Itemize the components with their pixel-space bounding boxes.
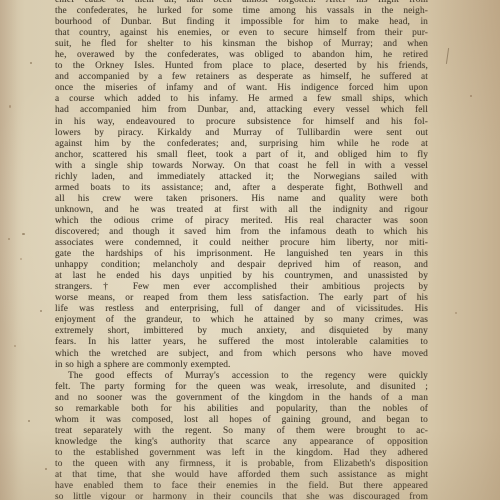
foxing-spot: [455, 312, 457, 314]
text-line: worse means, or reaped from them less sa…: [55, 293, 428, 304]
crease-mark: [446, 48, 449, 64]
text-line: which the wretched are subject, and from…: [55, 349, 428, 360]
text-line: so little vigour or harmony in their cou…: [55, 492, 428, 500]
text-line: have enabled them to face their enemies …: [55, 481, 428, 492]
foxing-spot: [30, 62, 32, 64]
text-line: all his crew were taken prisoners. His n…: [55, 194, 428, 205]
text-line: knowledge the king's authority that scar…: [55, 437, 428, 448]
text-line: fears. In his latter years, he suffered …: [55, 337, 428, 348]
text-line: at last he ended his days unpitied by hi…: [55, 271, 428, 282]
page-edge-shadow-left: [0, 0, 18, 500]
text-line: once the miseries of infamy and of want.…: [55, 83, 428, 94]
text-line: in his way, endeavoured to procure subsi…: [55, 117, 428, 128]
text-line: unknown, and he was treated at first wit…: [55, 205, 428, 216]
text-line: a course which added to his infamy. He a…: [55, 94, 428, 105]
foxing-spot: [20, 258, 22, 260]
text-line: to the Orkney Isles. Hunted from place t…: [55, 61, 428, 72]
foxing-spot: [40, 310, 42, 312]
text-line: and no sooner was the government of the …: [55, 393, 428, 404]
text-line: strangers.† Few men ever accomplished th…: [55, 282, 428, 293]
text-line: lowers by piracy. Kirkaldy and Murray of…: [55, 128, 428, 139]
text-line: to the queen with any firmness, it is pr…: [55, 459, 428, 470]
text-line: had accompanied him from Dunbar, and, at…: [55, 105, 428, 116]
text-line: with a single ship towards Norway. On th…: [55, 161, 428, 172]
text-line: that country, against his enemies, or ev…: [55, 28, 428, 39]
text-line: to the established government was left i…: [55, 448, 428, 459]
foxing-spot: [8, 238, 10, 240]
text-line: against him by the confederates; and, su…: [55, 139, 428, 150]
text-line: unhappy condition; melancholy and despai…: [55, 260, 428, 271]
text-line: so remarkable both for his abilities and…: [55, 404, 428, 415]
book-page: chief cause of them all, hath been almos…: [0, 0, 500, 500]
text-line: anchor, scattered his small fleet, took …: [55, 150, 428, 161]
foxing-spot: [14, 345, 16, 347]
text-line: and accompanied by a few retainers as de…: [55, 72, 428, 83]
text-line: enjoyment of the grandeur, to which he a…: [55, 315, 428, 326]
text-line: richly laden, and immediately attacked i…: [55, 172, 428, 183]
text-line: associates were condemned, it could neit…: [55, 238, 428, 249]
text-line: gate the hardships of his imprisonment. …: [55, 249, 428, 260]
foxing-spot: [22, 233, 25, 235]
text-line: whom it was composed, lost all hopes of …: [55, 415, 428, 426]
text-line: suit, he fled for shelter to his kinsman…: [55, 39, 428, 50]
text-line: life was restless and enterprising, full…: [55, 304, 428, 315]
foxing-spot: [9, 105, 11, 108]
text-block: chief cause of them all, hath been almos…: [55, 0, 428, 500]
text-line: bourhood of Dunbar. But finding it impos…: [55, 17, 428, 28]
text-line: at that time, that she would have afford…: [55, 470, 428, 481]
text-line: he, overawed by the confederates, was ob…: [55, 50, 428, 61]
text-line: discovered; and though it saved him from…: [55, 227, 428, 238]
text-line: treat separately with the regent. So man…: [55, 426, 428, 437]
foxing-spot: [470, 95, 472, 97]
text-line: in so high a sphere are commonly exempte…: [55, 360, 428, 371]
text-line: the confederates, he lurked for some tim…: [55, 6, 428, 17]
foxing-spot: [28, 420, 30, 422]
text-line: which the odious crime of piracy merited…: [55, 216, 428, 227]
text-line: extremely short, imbittered by much anxi…: [55, 326, 428, 337]
text-line: felt. The party forming for the queen wa…: [55, 382, 428, 393]
text-line: The good effects of Murray's accession t…: [55, 371, 428, 382]
foxing-spot: [45, 468, 47, 470]
text-line: armed boats to its assistance; and, afte…: [55, 183, 428, 194]
